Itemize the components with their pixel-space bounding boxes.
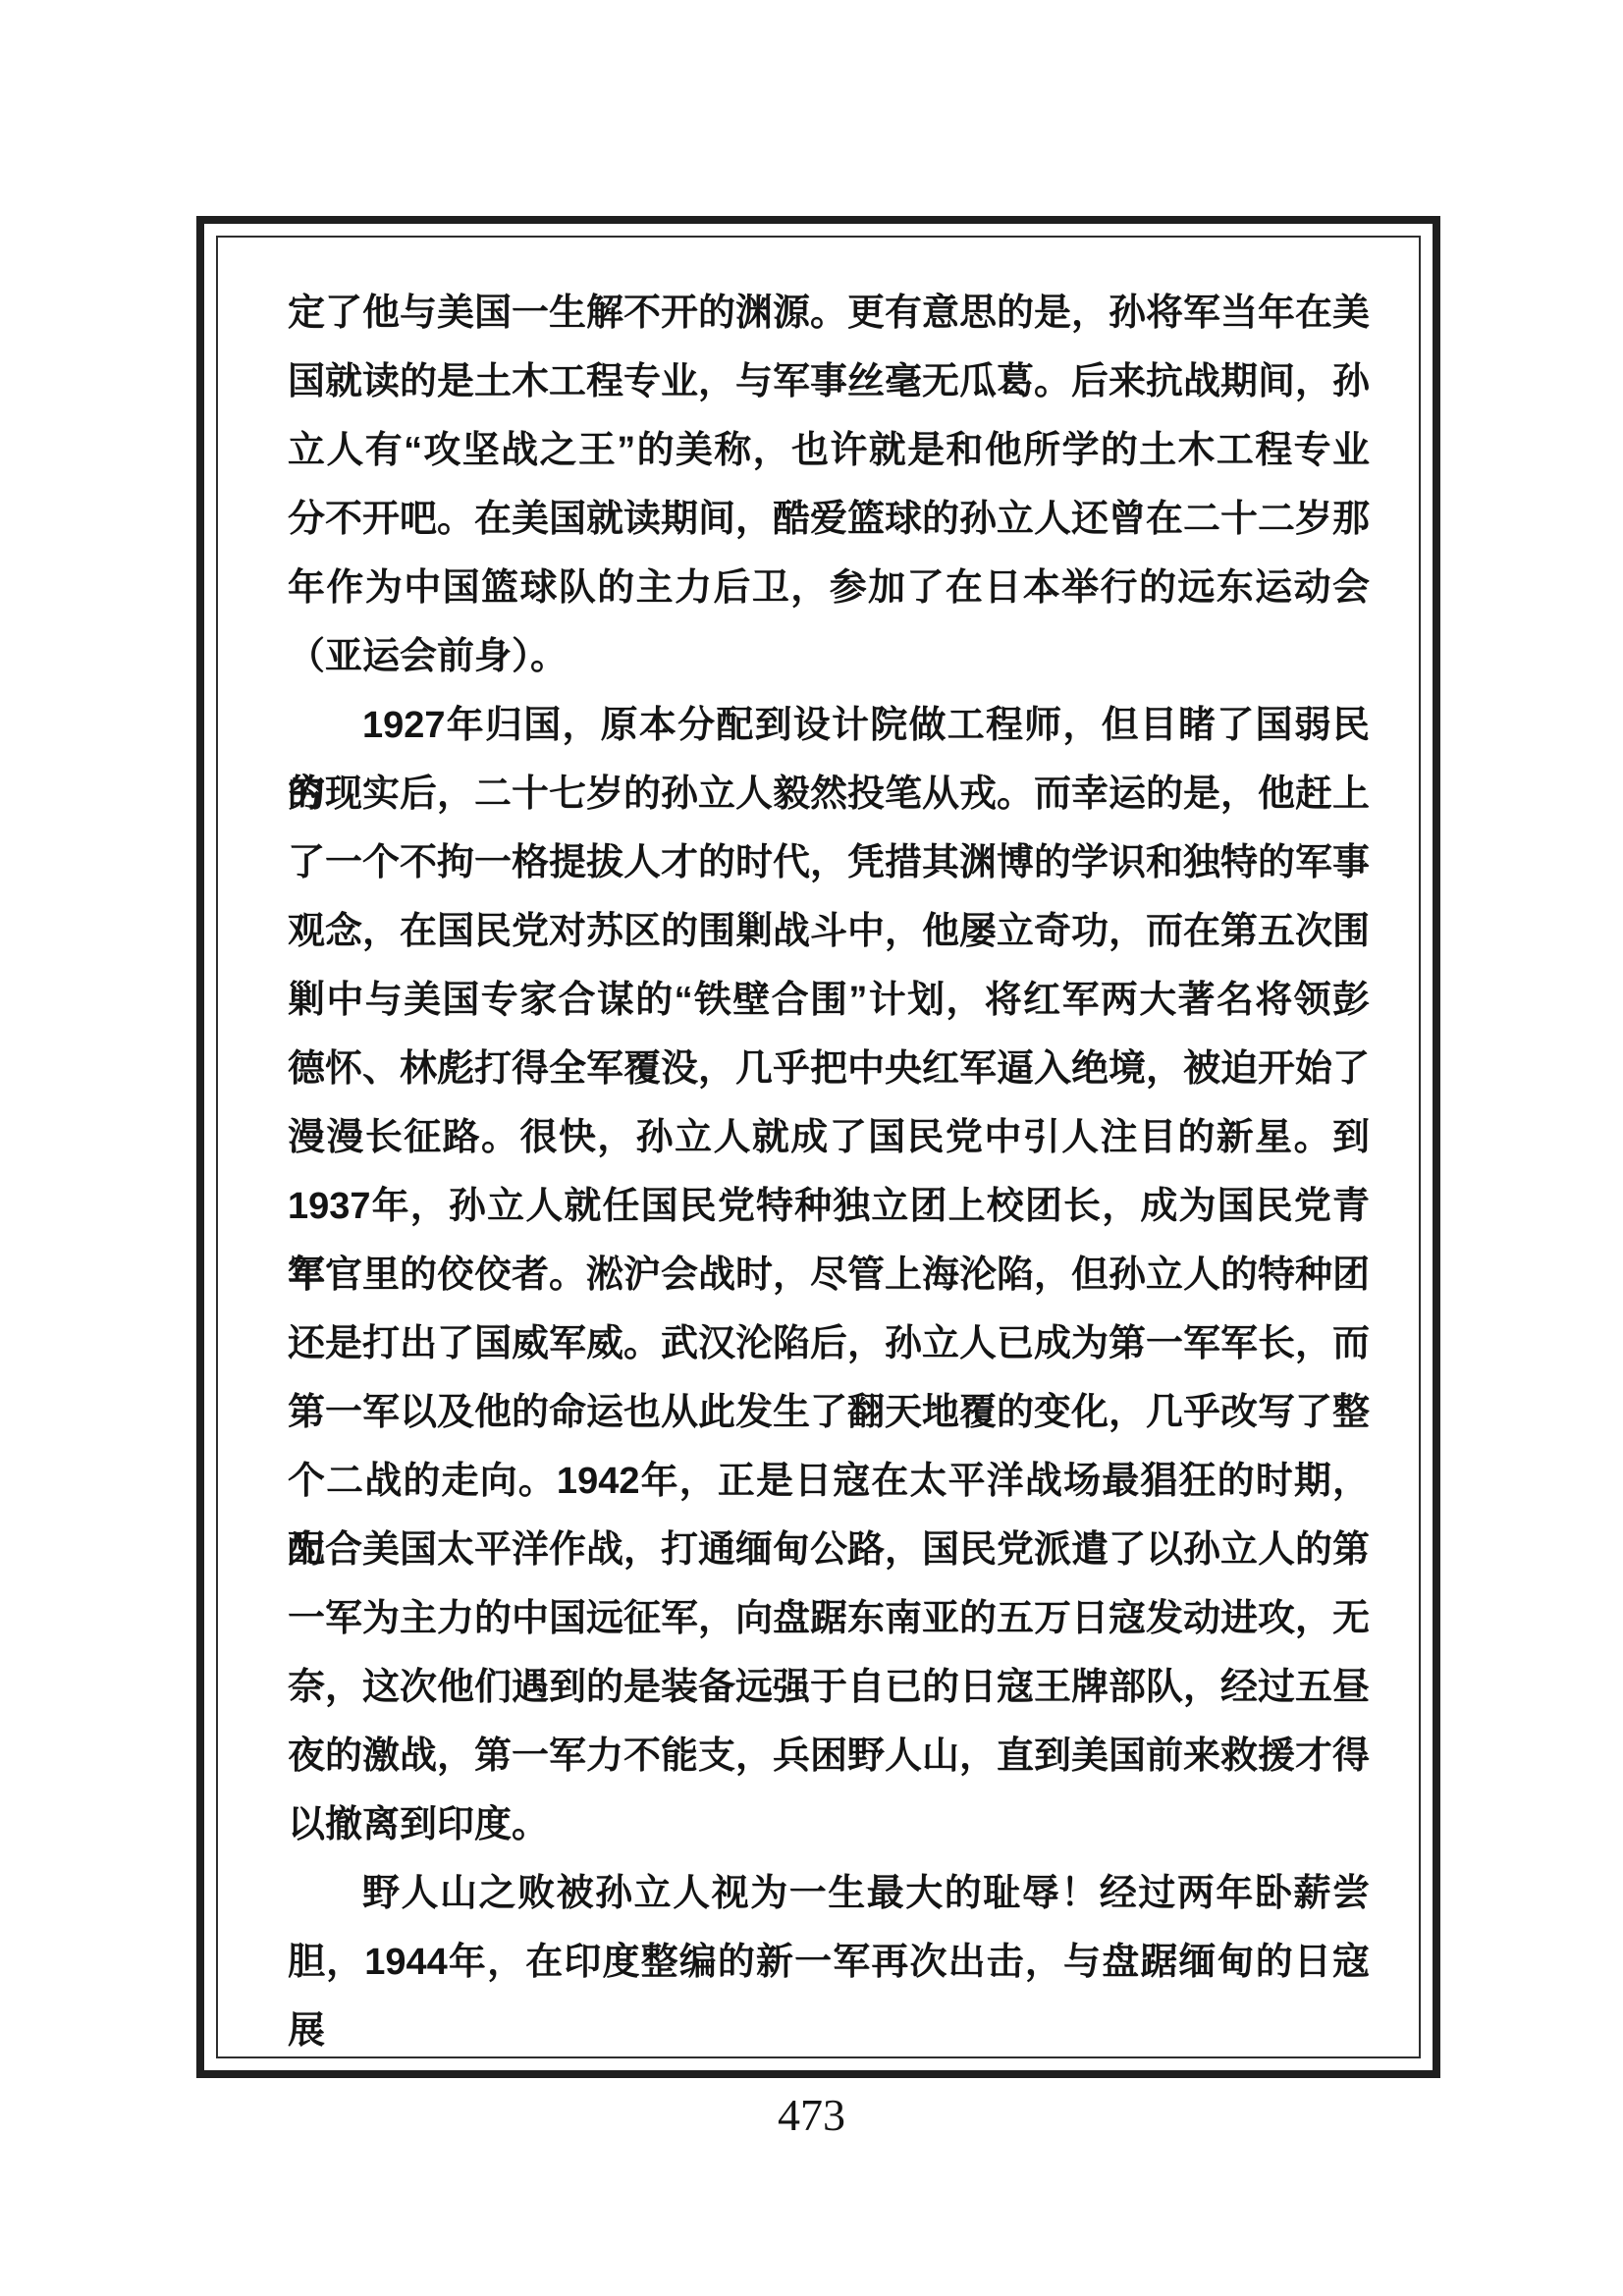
text-line: 德怀、林彪打得全军覆没，几乎把中央红军逼入绝境，被迫开始了 bbox=[288, 1035, 1370, 1103]
text-line: 野人山之败被孙立人视为一生最大的耻辱！经过两年卧薪尝 bbox=[288, 1859, 1370, 1928]
text-line: 立人有“攻坚战之王”的美称，也许就是和他所学的土木工程专业 bbox=[288, 416, 1370, 485]
text-line: 漫漫长征路。很快，孙立人就成了国民党中引人注目的新星。到 bbox=[288, 1103, 1370, 1172]
text-block: 定了他与美国一生解不开的渊源。更有意思的是，孙将军当年在美国就读的是土木工程专业… bbox=[288, 279, 1370, 1997]
text-line: 的现实后，二十七岁的孙立人毅然投笔从戎。而幸运的是，他赶上 bbox=[288, 760, 1370, 828]
text-line: 定了他与美国一生解不开的渊源。更有意思的是，孙将军当年在美 bbox=[288, 279, 1370, 347]
page-frame-outer: 定了他与美国一生解不开的渊源。更有意思的是，孙将军当年在美国就读的是土木工程专业… bbox=[196, 216, 1440, 2078]
text-line: 一军为主力的中国远征军，向盘踞东南亚的五万日寇发动进攻，无 bbox=[288, 1584, 1370, 1653]
page-number: 473 bbox=[0, 2089, 1623, 2141]
text-line: 年作为中国篮球队的主力后卫，参加了在日本举行的远东运动会 bbox=[288, 554, 1370, 622]
text-line: 配合美国太平洋作战，打通缅甸公路，国民党派遣了以孙立人的第 bbox=[288, 1516, 1370, 1584]
text-line: 了一个不拘一格提拔人才的时代，凭措其渊博的学识和独特的军事 bbox=[288, 828, 1370, 897]
text-line: 军官里的佼佼者。淞沪会战时，尽管上海沦陷，但孙立人的特种团 bbox=[288, 1241, 1370, 1309]
text-line: 还是打出了国威军威。武汉沦陷后，孙立人已成为第一军军长，而 bbox=[288, 1309, 1370, 1378]
text-line: 观念，在国民党对苏区的围剿战斗中，他屡立奇功，而在第五次围 bbox=[288, 897, 1370, 966]
text-line: 奈，这次他们遇到的是装备远强于自已的日寇王牌部队，经过五昼 bbox=[288, 1653, 1370, 1722]
text-line: 第一军以及他的命运也从此发生了翻天地覆的变化，几乎改写了整 bbox=[288, 1378, 1370, 1447]
text-line: 剿中与美国专家合谋的“铁壁合围”计划，将红军两大著名将领彭 bbox=[288, 966, 1370, 1035]
text-line: 国就读的是土木工程专业，与军事丝毫无瓜葛。后来抗战期间，孙 bbox=[288, 347, 1370, 416]
text-line: 分不开吧。在美国就读期间，酷爱篮球的孙立人还曾在二十二岁那 bbox=[288, 485, 1370, 554]
text-line: 以撤离到印度。 bbox=[288, 1790, 1370, 1859]
book-page: 定了他与美国一生解不开的渊源。更有意思的是，孙将军当年在美国就读的是土木工程专业… bbox=[0, 0, 1623, 2296]
text-line: 夜的激战，第一军力不能支，兵困野人山，直到美国前来救援才得 bbox=[288, 1722, 1370, 1790]
text-line: 1937年，孙立人就任国民党特种独立团上校团长，成为国民党青年 bbox=[288, 1172, 1370, 1241]
page-frame-inner: 定了他与美国一生解不开的渊源。更有意思的是，孙将军当年在美国就读的是土木工程专业… bbox=[216, 236, 1421, 2058]
text-line: （亚运会前身）。 bbox=[288, 622, 1370, 691]
text-line: 个二战的走向。1942年，正是日寇在太平洋战场最猖狂的时期，为 bbox=[288, 1447, 1370, 1516]
text-line: 胆，1944年，在印度整编的新一军再次出击，与盘踞缅甸的日寇展 bbox=[288, 1928, 1370, 1997]
text-line: 1927年归国，原本分配到设计院做工程师，但目睹了国弱民穷 bbox=[288, 691, 1370, 760]
